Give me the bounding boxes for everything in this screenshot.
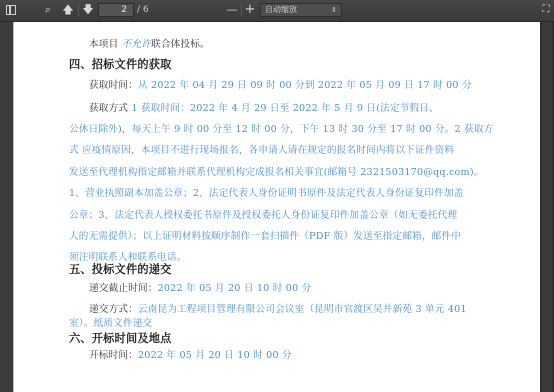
get-method-text: 公章；3、法定代表人授权委托书原件及授权委托人身份证复印件加盖公章（如无委托代理 (69, 209, 457, 222)
search-icon[interactable]: ⌕ (42, 3, 54, 17)
scrollbar-thumb[interactable] (542, 22, 552, 392)
get-method-label: 获取方式 (89, 103, 128, 114)
next-page-icon[interactable]: 🡇 (82, 3, 94, 17)
consortium-line: 本项目 不允许联合体投标。 (89, 38, 210, 51)
toolbar-separator (78, 4, 79, 16)
get-method-text: 发送至代理机构指定邮箱并联系代理机构完成报名相关事宜(邮箱号 232150317… (69, 166, 484, 179)
page-number-input[interactable]: 2 (98, 3, 134, 17)
pdf-page: 本项目 不允许联合体投标。 四、招标文件的获取 获取时间：从 2022 年 04… (13, 22, 541, 392)
get-time-line: 获取时间：从 2022 年 04 月 29 日 09 时 00 分到 2022 … (89, 79, 472, 92)
zoom-level-select[interactable]: 自动缩放 ⇕ (260, 3, 342, 17)
section-6-heading: 六、开标时间及地点 (69, 332, 172, 345)
get-method-text: 人的无需提供）；以上证明材料按顺序制作一套扫描件（PDF 版）发送至指定邮箱，邮… (69, 230, 461, 243)
submit-method-line: 递交方式：云南昆为工程项目管理有限公司会议室（昆明市官渡区吴井新苑 3 单元 4… (89, 303, 467, 316)
toolbar-separator (241, 4, 242, 16)
open-time-label: 开标时间： (89, 350, 138, 361)
get-time-label: 获取时间： (89, 80, 138, 91)
get-method-text: 1 获取时间：2022 年 4 月 29 日至 2022 年 5 月 9 日(法… (131, 103, 438, 114)
zoom-in-button[interactable]: + (244, 3, 256, 17)
consortium-value: 不允许 (122, 39, 151, 50)
section-5-heading: 五、投标文件的递交 (69, 263, 172, 276)
submit-method-label: 递交方式： (89, 304, 138, 315)
get-method-text: 式 应疫情原因，本项目不进行现场报名，各申请人请在规定的报名时间内将以下证件资料 (69, 144, 454, 157)
submit-method-value: 云南昆为工程项目管理有限公司会议室（昆明市官渡区吴井新苑 3 单元 401 (138, 304, 467, 315)
vertical-scrollbar[interactable] (540, 22, 554, 392)
deadline-line: 递交截止时间：2022 年 05 月 20 日 10 时 00 分 (89, 282, 311, 295)
deadline-label: 递交截止时间： (89, 283, 158, 294)
open-time-line: 开标时间：2022 年 05 月 20 日 10 时 00 分 (89, 349, 292, 362)
section-4-heading: 四、招标文件的获取 (69, 58, 172, 71)
select-arrows-icon: ⇕ (331, 4, 337, 16)
consortium-prefix: 本项目 (89, 39, 118, 50)
fullscreen-icon[interactable]: ⛶ (540, 3, 552, 17)
zoom-out-button[interactable]: — (226, 3, 238, 17)
pdf-toolbar: ⌕ 🡅 🡇 2 / 6 — + 自动缩放 ⇕ ⛶ (0, 0, 554, 22)
submit-method-value: 室）。纸质文件递交 (69, 317, 152, 330)
open-time-value: 2022 年 05 月 20 日 10 时 00 分 (138, 350, 292, 361)
sidebar-toggle-icon[interactable] (6, 5, 16, 15)
zoom-level-value: 自动缩放 (265, 5, 297, 14)
get-method-line: 获取方式 1 获取时间：2022 年 4 月 29 日至 2022 年 5 月 … (89, 102, 439, 115)
previous-page-icon[interactable]: 🡅 (62, 3, 74, 17)
page-count: / 6 (137, 4, 149, 16)
get-method-text: 1、营业执照副本加盖公章；2、法定代表人身份证明书原件及法定代表人身份证复印件加… (69, 187, 464, 200)
deadline-value: 2022 年 05 月 20 日 10 时 00 分 (158, 283, 312, 294)
get-time-value: 从 2022 年 04 月 29 日 09 时 00 分到 2022 年 05 … (138, 80, 472, 91)
get-method-text: 公休日除外)，每天上午 9 时 00 分至 12 时 00 分，下午 13 时 … (69, 123, 493, 136)
left-gutter (0, 22, 13, 392)
consortium-suffix: 联合体投标。 (151, 39, 210, 50)
